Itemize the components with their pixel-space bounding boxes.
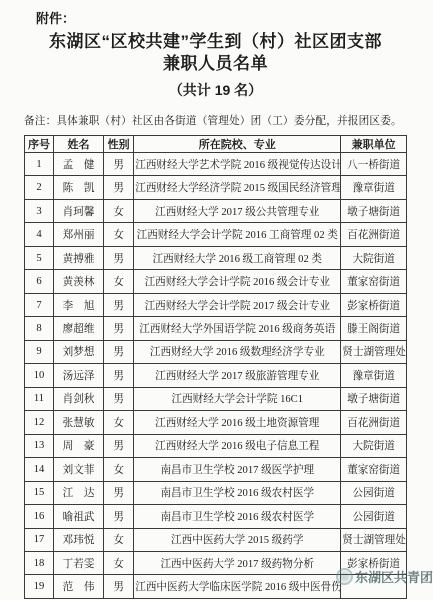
roster-table-body: 1孟 健男江西财经大学艺术学院 2016 级视觉传达设计八一桥街道2陈 凯男江西… (25, 153, 407, 599)
table-row: 19范 伟男江西中医药大学临床医学院 2016 级中医骨伤 (25, 575, 407, 599)
school-major-cell: 江西中医药大学 2017 级药物分析 (134, 551, 341, 574)
name-cell: 李 旭 (54, 293, 104, 316)
table-row: 4郑州丽女江西财经大学会计学院 2016 工商管理 02 类百花洲街道 (25, 223, 407, 246)
name-cell: 喻祖武 (54, 505, 104, 528)
gender-cell: 男 (104, 505, 134, 528)
table-row: 13周 豪男江西财经大学 2016 级电子信息工程大院街道 (25, 434, 407, 457)
table-header-row: 序号 姓名 性别 所在院校、专业 兼职单位 (25, 136, 407, 153)
school-major-cell: 江西财经大学 2016 级工商管理 02 类 (134, 246, 341, 269)
serial-cell: 3 (25, 199, 54, 222)
unit-cell: 百花洲街道 (341, 411, 407, 434)
name-cell: 肖珂馨 (54, 199, 104, 222)
serial-cell: 15 (25, 481, 54, 504)
name-cell: 陈 凯 (54, 176, 104, 199)
unit-cell: 公园街道 (341, 505, 407, 528)
name-cell: 廖超维 (54, 317, 104, 340)
unit-cell: 公园街道 (341, 481, 407, 504)
serial-cell: 11 (25, 387, 54, 410)
school-major-cell: 江西财经大学会计学院 2016 级会计专业 (134, 270, 341, 293)
column-header-unit: 兼职单位 (341, 136, 407, 153)
school-major-cell: 南昌市卫生学校 2016 级农村医学 (134, 505, 341, 528)
gender-cell: 女 (104, 551, 134, 574)
gender-cell: 男 (104, 176, 134, 199)
unit-cell: 董家窑街道 (341, 458, 407, 481)
table-row: 7李 旭男江西财经大学会计学院 2017 级会计专业彭家桥街道 (25, 293, 407, 316)
unit-cell: 豫章街道 (341, 364, 407, 387)
school-major-cell: 江西财经大学会计学院 2017 级会计专业 (134, 293, 341, 316)
roster-table: 序号 姓名 性别 所在院校、专业 兼职单位 1孟 健男江西财经大学艺术学院 20… (24, 135, 407, 599)
name-cell: 张慧敏 (54, 411, 104, 434)
gender-cell: 男 (104, 481, 134, 504)
serial-cell: 6 (25, 270, 54, 293)
school-major-cell: 江西中医药大学 2015 级药学 (134, 528, 341, 551)
name-cell: 孟 健 (54, 153, 104, 176)
table-row: 8廖超维男江西财经大学外国语学院 2016 级商务英语滕王阁街道 (25, 317, 407, 340)
attachment-label: 附件： (36, 8, 407, 27)
table-row: 3肖珂馨女江西财经大学 2017 级公共管理专业墩子塘街道 (25, 199, 407, 222)
unit-cell: 董家窑街道 (341, 270, 407, 293)
name-cell: 肖剑秋 (54, 387, 104, 410)
gender-cell: 女 (104, 411, 134, 434)
name-cell: 丁若雯 (54, 551, 104, 574)
table-row: 15江 达男南昌市卫生学校 2016 级农村医学公园街道 (25, 481, 407, 504)
serial-cell: 4 (25, 223, 54, 246)
unit-cell: 豫章街道 (341, 176, 407, 199)
serial-cell: 19 (25, 575, 54, 599)
school-major-cell: 江西财经大学经济学院 2015 级国民经济管理 (134, 176, 341, 199)
gender-cell: 男 (104, 434, 134, 457)
table-row: 16喻祖武男南昌市卫生学校 2016 级农村医学公园街道 (25, 505, 407, 528)
school-major-cell: 江西财经大学外国语学院 2016 级商务英语 (134, 317, 341, 340)
gender-cell: 男 (104, 153, 134, 176)
unit-cell: 大院街道 (341, 434, 407, 457)
table-row: 2陈 凯男江西财经大学经济学院 2015 级国民经济管理豫章街道 (25, 176, 407, 199)
table-row: 1孟 健男江西财经大学艺术学院 2016 级视觉传达设计八一桥街道 (25, 153, 407, 176)
name-cell: 范 伟 (54, 575, 104, 599)
table-row: 9刘梦想男江西财经大学 2016 级数理经济学专业贤士湖管理处 (25, 340, 407, 363)
unit-cell: 贤士湖管理处 (341, 528, 407, 551)
serial-cell: 12 (25, 411, 54, 434)
table-row: 6黄羡林女江西财经大学会计学院 2016 级会计专业董家窑街道 (25, 270, 407, 293)
gender-cell: 男 (104, 575, 134, 599)
serial-cell: 8 (25, 317, 54, 340)
name-cell: 汤远泽 (54, 364, 104, 387)
page-title-line1: 东湖区“区校共建”学生到（村）社区团支部 (24, 31, 407, 53)
column-header-name: 姓名 (54, 136, 104, 153)
school-major-cell: 江西中医药大学临床医学院 2016 级中医骨伤 (134, 575, 341, 599)
unit-cell: 大院街道 (341, 246, 407, 269)
column-header-gender: 性别 (104, 136, 134, 153)
unit-cell: 八一桥街道 (341, 153, 407, 176)
school-major-cell: 江西财经大学 2017 级公共管理专业 (134, 199, 341, 222)
serial-cell: 16 (25, 505, 54, 528)
name-cell: 刘文菲 (54, 458, 104, 481)
serial-cell: 17 (25, 528, 54, 551)
gender-cell: 男 (104, 246, 134, 269)
table-row: 17邓玮悦女江西中医药大学 2015 级药学贤士湖管理处 (25, 528, 407, 551)
name-cell: 郑州丽 (54, 223, 104, 246)
name-cell: 黄搏雅 (54, 246, 104, 269)
serial-cell: 10 (25, 364, 54, 387)
school-major-cell: 江西财经大学会计学院 2016 工商管理 02 类 (134, 223, 341, 246)
name-cell: 江 达 (54, 481, 104, 504)
serial-cell: 9 (25, 340, 54, 363)
gender-cell: 男 (104, 387, 134, 410)
school-major-cell: 江西财经大学 2016 级电子信息工程 (134, 434, 341, 457)
name-cell: 邓玮悦 (54, 528, 104, 551)
unit-cell (341, 575, 407, 599)
gender-cell: 女 (104, 223, 134, 246)
serial-cell: 14 (25, 458, 54, 481)
table-row: 12张慧敏女江西财经大学 2016 级土地资源管理百花洲街道 (25, 411, 407, 434)
gender-cell: 女 (104, 458, 134, 481)
table-row: 14刘文菲女南昌市卫生学校 2017 级医学护理董家窑街道 (25, 458, 407, 481)
note-text: 备注：具体兼职（村）社区由各街道（管理处）团（工）委分配，并报团区委。 (24, 113, 407, 128)
count-subtitle: （共计 19 名） (24, 80, 407, 100)
page-title-line2: 兼职人员名单 (24, 53, 407, 75)
name-cell: 周 豪 (54, 434, 104, 457)
gender-cell: 男 (104, 317, 134, 340)
serial-cell: 5 (25, 246, 54, 269)
serial-cell: 7 (25, 293, 54, 316)
school-major-cell: 江西财经大学 2017 级旅游管理专业 (134, 364, 341, 387)
unit-cell: 墩子塘街道 (341, 387, 407, 410)
gender-cell: 女 (104, 199, 134, 222)
serial-cell: 1 (25, 153, 54, 176)
serial-cell: 2 (25, 176, 54, 199)
serial-cell: 13 (25, 434, 54, 457)
gender-cell: 女 (104, 270, 134, 293)
school-major-cell: 江西财经大学 2016 级数理经济学专业 (134, 340, 341, 363)
unit-cell: 彭家桥街道 (341, 551, 407, 574)
name-cell: 刘梦想 (54, 340, 104, 363)
gender-cell: 女 (104, 528, 134, 551)
school-major-cell: 江西财经大学 2016 级土地资源管理 (134, 411, 341, 434)
unit-cell: 百花洲街道 (341, 223, 407, 246)
column-header-school-major: 所在院校、专业 (134, 136, 341, 153)
gender-cell: 男 (104, 340, 134, 363)
unit-cell: 贤士湖管理处 (341, 340, 407, 363)
page-title: 东湖区“区校共建”学生到（村）社区团支部 兼职人员名单 (24, 31, 407, 75)
unit-cell: 墩子塘街道 (341, 199, 407, 222)
gender-cell: 男 (104, 364, 134, 387)
table-row: 10汤远泽男江西财经大学 2017 级旅游管理专业豫章街道 (25, 364, 407, 387)
table-row: 18丁若雯女江西中医药大学 2017 级药物分析彭家桥街道 (25, 551, 407, 574)
serial-cell: 18 (25, 551, 54, 574)
school-major-cell: 南昌市卫生学校 2016 级农村医学 (134, 481, 341, 504)
gender-cell: 男 (104, 293, 134, 316)
document-page: 附件： 东湖区“区校共建”学生到（村）社区团支部 兼职人员名单 （共计 19 名… (0, 0, 433, 600)
school-major-cell: 江西财经大学艺术学院 2016 级视觉传达设计 (134, 153, 341, 176)
table-row: 5黄搏雅男江西财经大学 2016 级工商管理 02 类大院街道 (25, 246, 407, 269)
name-cell: 黄羡林 (54, 270, 104, 293)
unit-cell: 彭家桥街道 (341, 293, 407, 316)
school-major-cell: 南昌市卫生学校 2017 级医学护理 (134, 458, 341, 481)
column-header-serial: 序号 (25, 136, 54, 153)
school-major-cell: 江西财经大学会计学院 16C1 (134, 387, 341, 410)
table-row: 11肖剑秋男江西财经大学会计学院 16C1墩子塘街道 (25, 387, 407, 410)
unit-cell: 滕王阁街道 (341, 317, 407, 340)
